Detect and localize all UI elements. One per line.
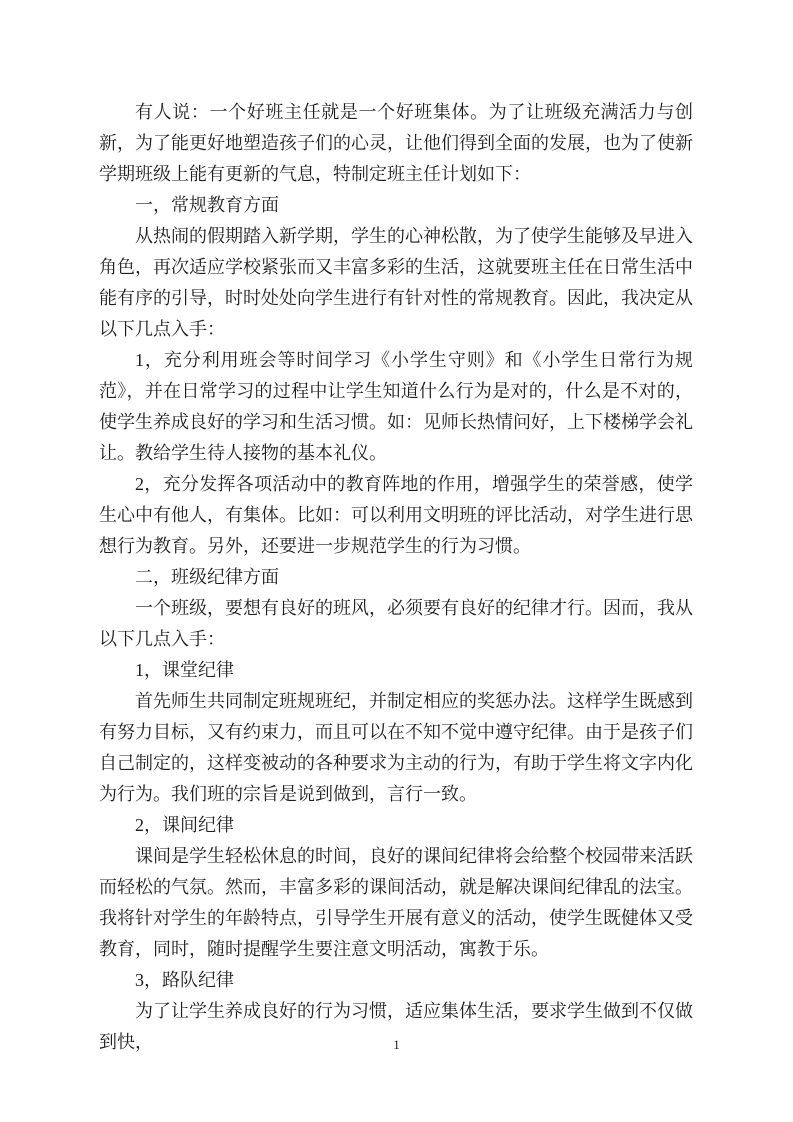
paragraph-intro: 有人说：一个好班主任就是一个好班集体。为了让班级充满活力与创新，为了能更好地塑造…	[99, 97, 693, 190]
paragraph-section-2-intro: 一个班级，要想有良好的班风，必须要有良好的纪律才行。因而，我从以下几点入手：	[99, 593, 693, 655]
paragraph-section-1-item-1: 1，充分利用班会等时间学习《小学生守则》和《小学生日常行为规范》，并在日常学习的…	[99, 345, 693, 469]
page-footer: 1	[0, 1036, 793, 1054]
paragraph-classroom-discipline: 首先师生共同制定班规班纪，并制定相应的奖惩办法。这样学生既感到有努力目标，又有约…	[99, 686, 693, 810]
heading-section-1: 一，常规教育方面	[99, 190, 693, 221]
document-page: 有人说：一个好班主任就是一个好班集体。为了让班级充满活力与创新，为了能更好地塑造…	[0, 0, 793, 1122]
heading-recess-discipline: 2，课间纪律	[99, 810, 693, 841]
paragraph-section-1-intro: 从热闹的假期踏入新学期，学生的心神松散，为了使学生能够及早进入角色，再次适应学校…	[99, 221, 693, 345]
page-number: 1	[393, 1037, 400, 1052]
heading-section-2: 二，班级纪律方面	[99, 562, 693, 593]
heading-queue-discipline: 3，路队纪律	[99, 965, 693, 996]
heading-classroom-discipline: 1，课堂纪律	[99, 655, 693, 686]
paragraph-recess-discipline: 课间是学生轻松休息的时间，良好的课间纪律将会给整个校园带来活跃而轻松的气氛。然而…	[99, 841, 693, 965]
paragraph-section-1-item-2: 2，充分发挥各项活动中的教育阵地的作用，增强学生的荣誉感，使学生心中有他人，有集…	[99, 469, 693, 562]
document-body: 有人说：一个好班主任就是一个好班集体。为了让班级充满活力与创新，为了能更好地塑造…	[99, 97, 693, 1058]
